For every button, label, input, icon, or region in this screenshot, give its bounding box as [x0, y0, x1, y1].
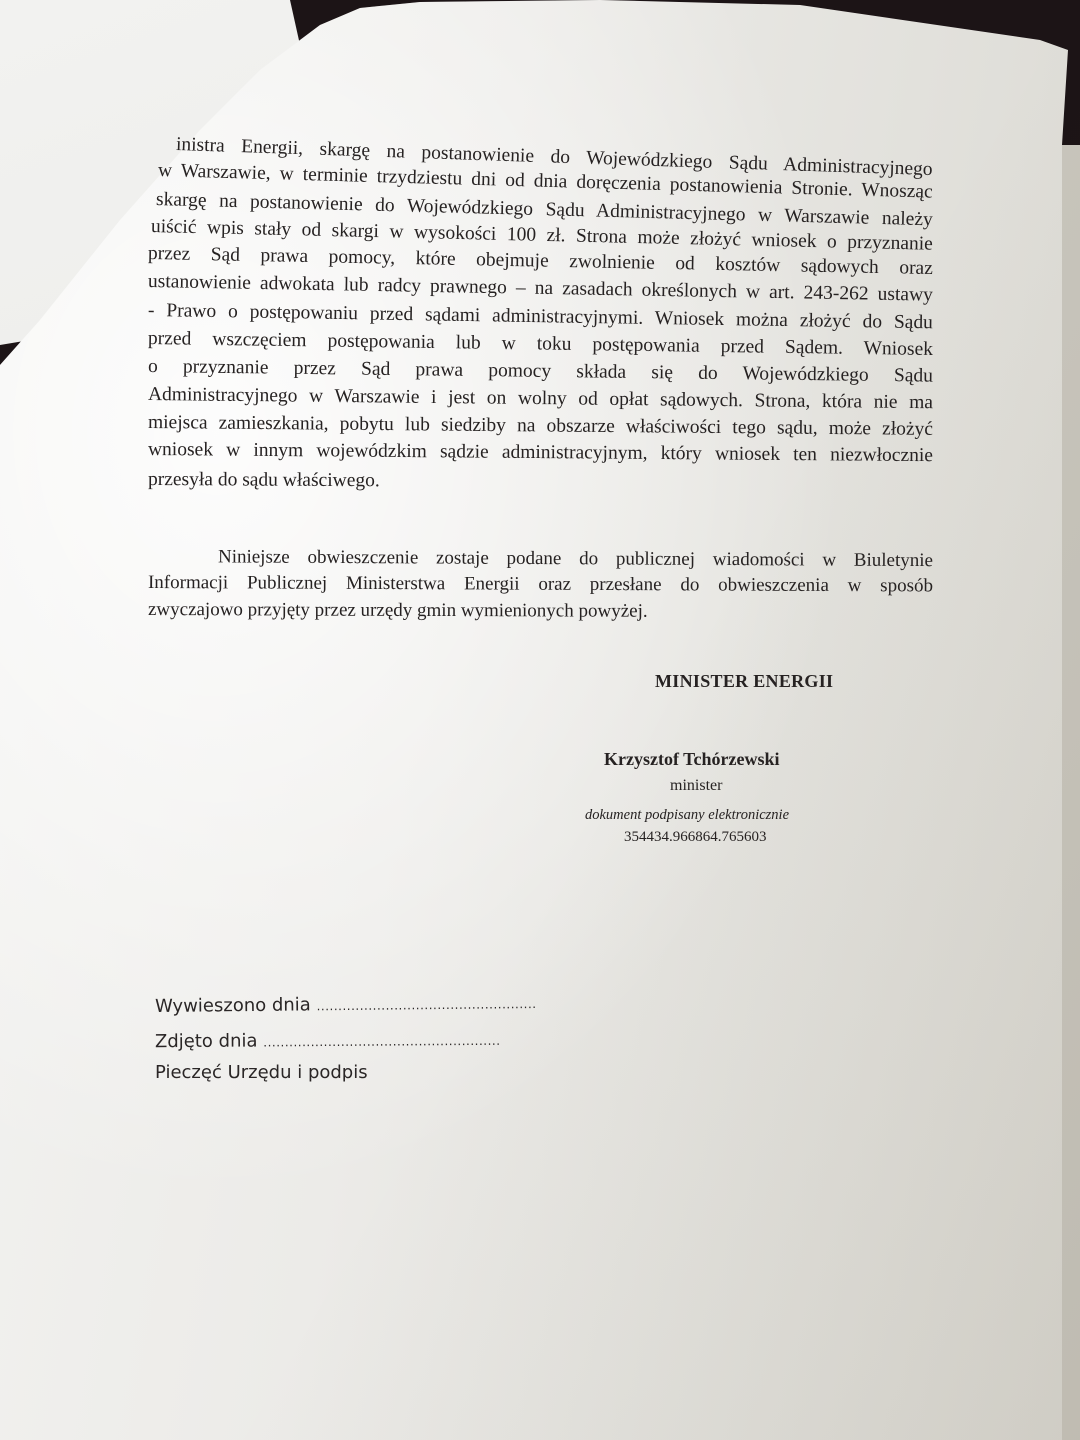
posted-date-blank: ........................................… — [316, 997, 536, 1013]
text-line: miejsca zamieszkania, pobytu lub siedzib… — [148, 411, 933, 442]
signatory-name: Krzysztof Tchórzewski — [604, 749, 779, 770]
text-line: wniosek w innym wojewódzkim sądzie admin… — [148, 438, 933, 468]
text-line: przesyła do sądu właściwego. — [148, 468, 933, 496]
stamp-and-signature-label: Pieczęć Urzędu i podpis — [155, 1062, 368, 1083]
posted-date-field: Wywieszono dnia ........................… — [155, 992, 537, 1017]
signature-id: 354434.966864.765603 — [624, 829, 767, 846]
signatory-office: MINISTER ENERGII — [655, 671, 833, 692]
removed-date-blank: ........................................… — [263, 1034, 500, 1050]
text-line: Administracyjnego w Warszawie i jest on … — [148, 383, 933, 415]
text-line: zwyczajowo przyjęty przez urzędy gmin wy… — [148, 598, 933, 625]
text-line: Niniejsze obwieszczenie zostaje podane d… — [148, 545, 933, 573]
signatory-role: minister — [670, 777, 722, 795]
removed-date-label: Zdjęto dnia — [155, 1030, 258, 1052]
electronic-signature-note: dokument podpisany elektronicznie — [585, 807, 789, 824]
photo-scene: inistra Energii, skargę na postanowienie… — [0, 0, 1080, 1440]
posted-date-label: Wywieszono dnia — [155, 994, 311, 1017]
removed-date-field: Zdjęto dnia ............................… — [155, 1029, 501, 1052]
text-line: Informacji Publicznej Ministerstwa Energ… — [148, 571, 933, 598]
document-page: inistra Energii, skargę na postanowienie… — [0, 0, 1080, 1440]
